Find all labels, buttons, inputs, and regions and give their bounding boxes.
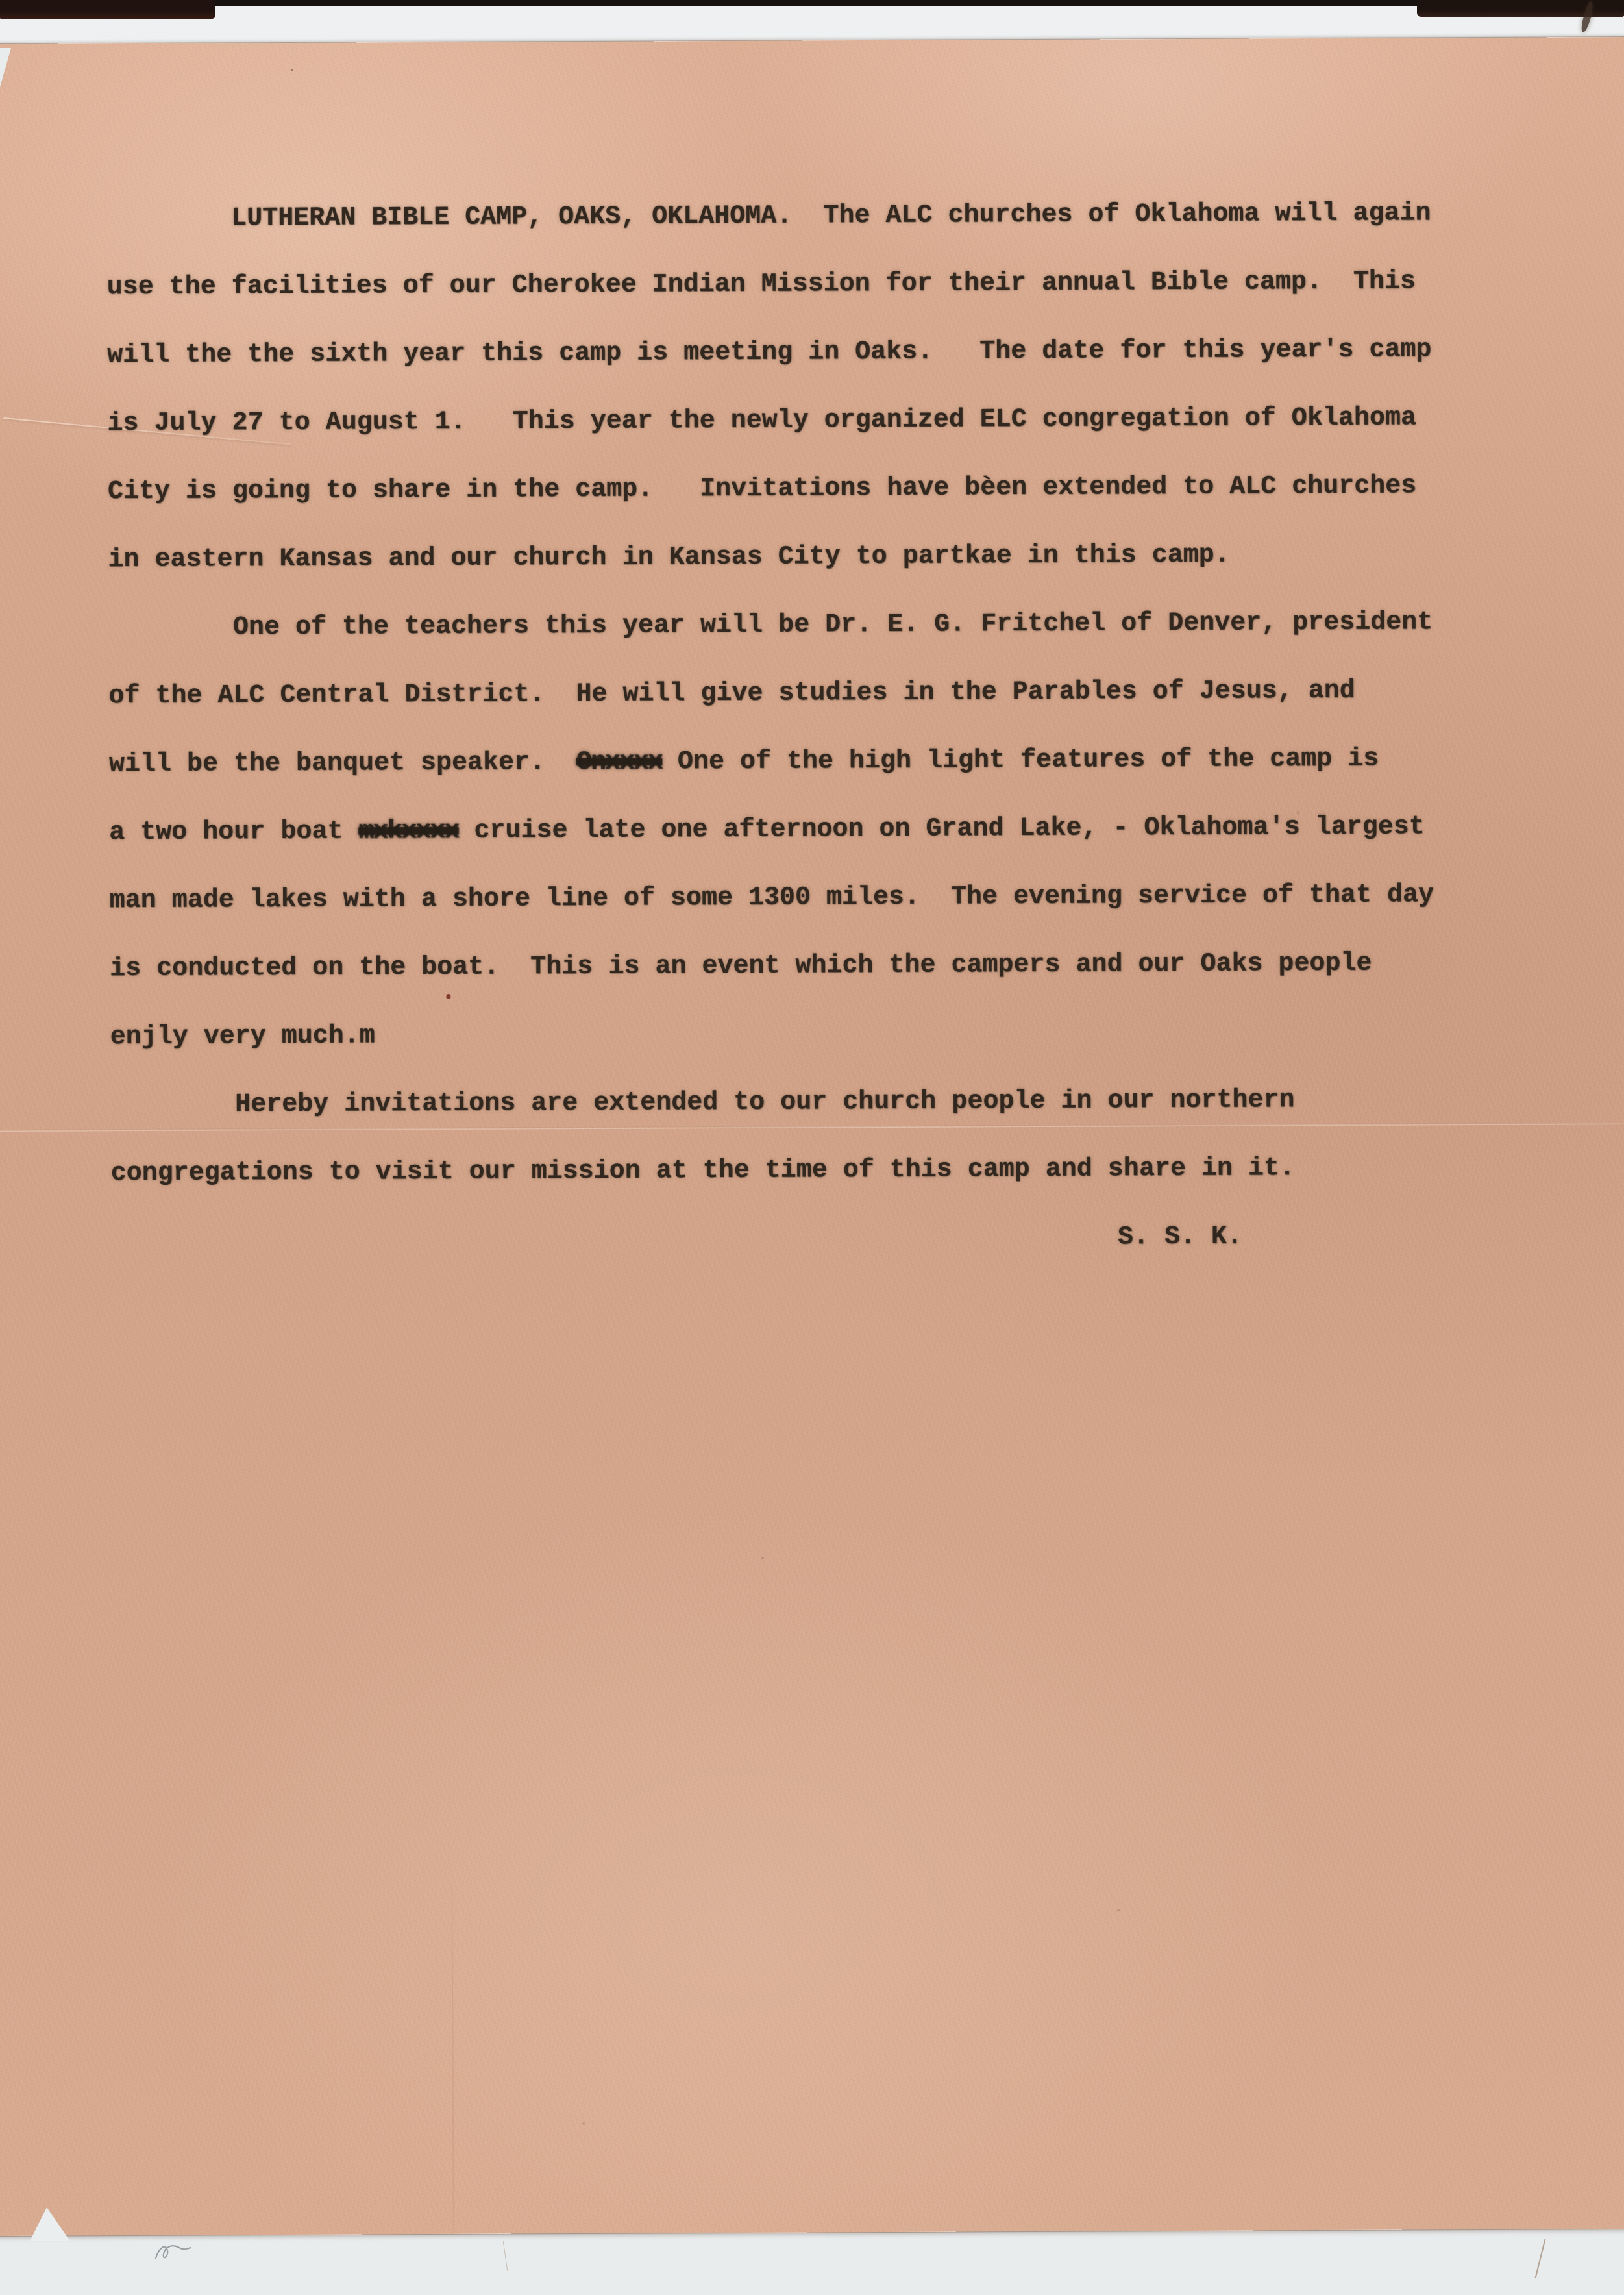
text-segment: One of the high light features of the ca…: [662, 745, 1379, 777]
paper-speck: [1117, 1909, 1120, 1911]
text-segment: City is going to share in the camp. Invi…: [108, 471, 1417, 506]
letter-paper: LUTHERAN BIBLE CAMP, OAKS, OKLAHOMA. The…: [0, 37, 1624, 2236]
text-segment: use the facilities of our Cherokee India…: [107, 267, 1416, 302]
text-segment: Hereby invitations are extended to our c…: [110, 1085, 1294, 1120]
typewritten-line: enjly very much.m: [110, 997, 1603, 1071]
text-segment: cruise late one afternoon on Grand Lake,…: [458, 812, 1424, 845]
text-segment: enjly very much.m: [110, 1021, 375, 1052]
typewritten-line: S. S. K.: [111, 1201, 1604, 1276]
scanner-top-edge-right-block: [1417, 0, 1624, 17]
typewritten-line: will the the sixth year this camp is mee…: [107, 315, 1600, 390]
text-segment: in eastern Kansas and our church in Kans…: [108, 541, 1229, 575]
typewritten-line: Hereby invitations are extended to our c…: [110, 1065, 1603, 1139]
hair-fiber-mark: [1535, 2239, 1546, 2279]
struck-out-text: mxkxxxx: [358, 817, 458, 847]
typewritten-line: a two hour boat mxkxxxx cruise late one …: [109, 792, 1602, 867]
text-segment: One of the teachers this year will be Dr…: [108, 608, 1433, 643]
typewritten-line: in eastern Kansas and our church in Kans…: [108, 519, 1601, 594]
scanner-top-edge-left-block: [0, 0, 215, 19]
typewritten-line: LUTHERAN BIBLE CAMP, OAKS, OKLAHOMA. The…: [106, 179, 1599, 253]
red-ink-fleck: [446, 994, 450, 999]
paper-speck: [582, 2122, 585, 2125]
typewritten-line: man made lakes with a shore line of some…: [110, 860, 1603, 935]
typewritten-line: One of the teachers this year will be Dr…: [108, 588, 1601, 662]
paper-speck: [291, 69, 293, 71]
paper-speck: [1297, 811, 1299, 814]
typewritten-line: is conducted on the boat. This is an eve…: [110, 928, 1603, 1003]
text-segment: of the ALC Central District. He will giv…: [108, 676, 1355, 711]
text-segment: will be the banquet speaker.: [109, 748, 576, 779]
struck-out-text: Onxxxx: [576, 747, 662, 777]
paper-crease-vertical: [451, 1854, 454, 2234]
letter-body: LUTHERAN BIBLE CAMP, OAKS, OKLAHOMA. The…: [106, 179, 1604, 1276]
text-segment: congregations to visit our mission at th…: [110, 1154, 1294, 1188]
scanned-document-page: { "page": { "kind": "scanned typewritten…: [0, 0, 1624, 2295]
text-segment: will the the sixth year this camp is mee…: [107, 335, 1432, 370]
text-segment: man made lakes with a shore line of some…: [110, 880, 1434, 915]
text-segment: is conducted on the boat. This is an eve…: [110, 949, 1372, 984]
typewritten-line: is July 27 to August 1. This year the ne…: [107, 383, 1600, 458]
typewritten-line: will be the banquet speaker. Onxxxx One …: [109, 724, 1602, 799]
hair-fiber-mark: [503, 2241, 508, 2271]
pencil-squiggle-mark: [154, 2241, 197, 2267]
text-segment: LUTHERAN BIBLE CAMP, OAKS, OKLAHOMA. The…: [106, 199, 1431, 234]
text-segment: a two hour boat: [109, 817, 358, 848]
text-segment: S. S. K.: [1118, 1222, 1242, 1252]
typewritten-line: of the ALC Central District. He will giv…: [108, 656, 1601, 730]
paper-speck: [761, 1557, 764, 1559]
typewritten-line: City is going to share in the camp. Invi…: [108, 451, 1601, 526]
typewritten-line: use the facilities of our Cherokee India…: [106, 247, 1599, 321]
text-segment: is July 27 to August 1. This year the ne…: [107, 403, 1416, 438]
typewritten-line: congregations to visit our mission at th…: [110, 1133, 1603, 1208]
scanner-top-edge: [0, 0, 1624, 6]
